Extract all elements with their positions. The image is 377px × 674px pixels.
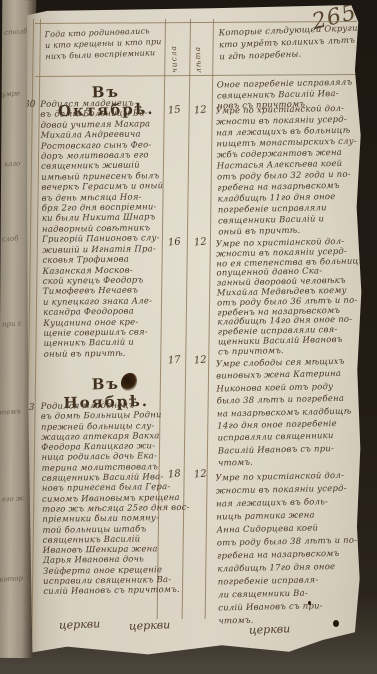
facing-page-text-fragment: темъ	[0, 407, 21, 416]
catchword: церкви	[59, 617, 101, 631]
catchword: церкви	[249, 622, 291, 636]
death-entry-number: 18	[167, 468, 181, 480]
death-entry-age: 12	[193, 468, 207, 480]
numbers-column2-header: лѣта	[192, 27, 203, 73]
facing-page-text-fragment: при с	[2, 319, 22, 328]
register-page: 265 Года кто родиновалисьи кто крещены и…	[27, 5, 363, 657]
death-entry: Умре по христіанской дол-жности въ покая…	[215, 470, 360, 629]
facing-page-text-fragment: умре	[1, 89, 20, 98]
table-header-rule	[35, 74, 357, 77]
catchword: церкви	[129, 618, 171, 632]
death-entry: Умре по христіанской дол-жности въ покая…	[216, 104, 361, 239]
ink-speck	[308, 601, 311, 605]
death-entry-age: 12	[193, 104, 207, 116]
death-entry-number: 17	[167, 354, 181, 366]
births-column-header: Года кто родиновалисьи кто крещены и кто…	[44, 25, 165, 62]
death-entry-number: 15	[167, 104, 181, 116]
birth-entry-october: Родился младенецъвъ домѣ Больницы Ва-дов…	[40, 98, 166, 360]
death-entry-number: 16	[167, 236, 181, 248]
death-entry: Умре по христіанской дол-жности въ покая…	[216, 238, 360, 359]
numbers-column1-header: числа	[168, 27, 179, 73]
death-entry-age: 12	[193, 236, 207, 248]
facing-page-text-fragment: слоб	[1, 234, 18, 243]
facing-page-text-fragment: его ж	[2, 494, 25, 503]
facing-page-text-fragment: котор	[0, 574, 23, 583]
deaths-column-header: Которые слѣдующей Округикто умрётъ колик…	[218, 23, 359, 64]
facing-page-text-fragment: столб	[4, 27, 28, 36]
table-numbers-mid-rule	[182, 19, 191, 619]
death-entry: Умре слободы сея мѣщихъвиновыхъ жена Кат…	[216, 356, 360, 471]
death-entry-age: 12	[193, 354, 207, 366]
birth-entry-november: Родился младенецъвъ домѣ Больницы Роднип…	[41, 400, 166, 597]
ink-speck	[333, 620, 339, 627]
facing-page-text-fragment: каго	[4, 159, 21, 168]
